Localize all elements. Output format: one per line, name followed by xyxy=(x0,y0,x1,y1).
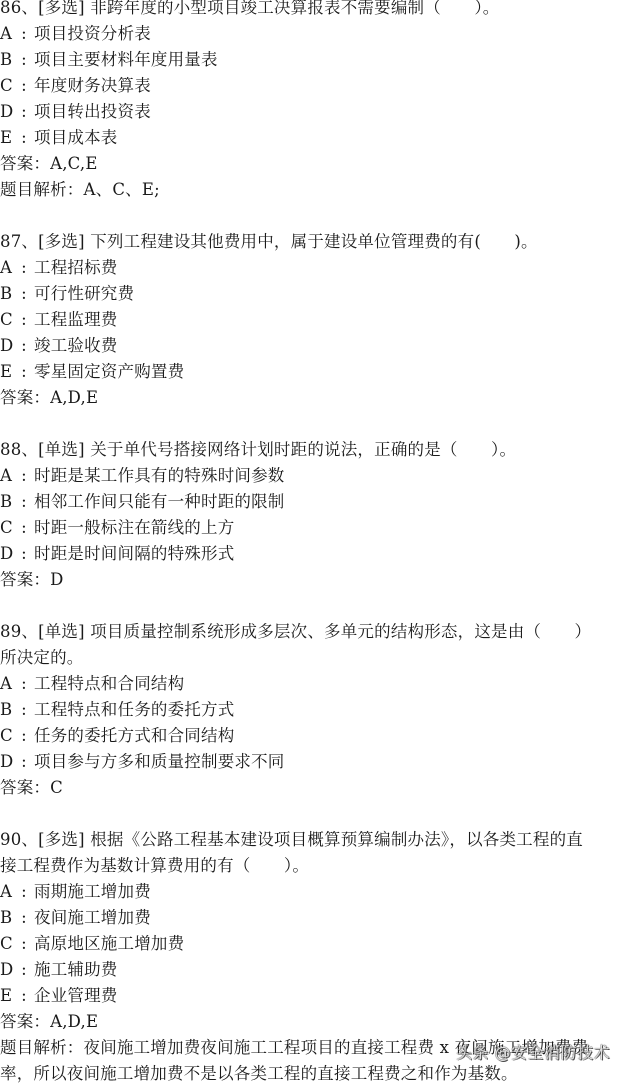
option-letter: B xyxy=(0,281,14,307)
option-item: E:零星固定资产购置费 xyxy=(0,359,618,385)
spacer xyxy=(0,411,618,437)
option-separator: : xyxy=(14,359,34,385)
question-block: 88、[单选] 关于单代号搭接网络计划时距的说法，正确的是（ ）。A:时距是某工… xyxy=(0,437,618,593)
option-text: 工程特点和合同结构 xyxy=(34,674,184,693)
question-title: 接工程费作为基数计算费用的有（ ）。 xyxy=(0,853,618,879)
analysis-line: 题目解析：A、C、E; xyxy=(0,177,618,203)
option-letter: C xyxy=(0,723,14,749)
option-item: C:时距一般标注在箭线的上方 xyxy=(0,515,618,541)
option-item: D:竣工验收费 xyxy=(0,333,618,359)
option-text: 年度财务决算表 xyxy=(34,76,151,95)
option-text: 项目转出投资表 xyxy=(34,102,151,121)
option-item: B:可行性研究费 xyxy=(0,281,618,307)
option-item: C:工程监理费 xyxy=(0,307,618,333)
option-item: B:项目主要材料年度用量表 xyxy=(0,47,618,73)
spacer xyxy=(0,593,618,619)
option-item: E:项目成本表 xyxy=(0,125,618,151)
option-letter: B xyxy=(0,697,14,723)
question-title: 90、[多选] 根据《公路工程基本建设项目概算预算编制办法》，以各类工程的直 xyxy=(0,827,618,853)
option-separator: : xyxy=(14,697,34,723)
option-item: C:年度财务决算表 xyxy=(0,73,618,99)
option-separator: : xyxy=(14,723,34,749)
option-letter: C xyxy=(0,515,14,541)
option-separator: : xyxy=(14,47,34,73)
option-text: 工程监理费 xyxy=(34,310,118,329)
option-separator: : xyxy=(14,541,34,567)
option-separator: : xyxy=(14,255,34,281)
option-item: D:时距是时间间隔的特殊形式 xyxy=(0,541,618,567)
option-text: 工程招标费 xyxy=(34,258,118,277)
question-block: 89、[单选] 项目质量控制系统形成多层次、多单元的结构形态，这是由（ ）所决定… xyxy=(0,619,618,801)
option-letter: D xyxy=(0,541,14,567)
option-letter: E xyxy=(0,983,14,1009)
option-item: B:夜间施工增加费 xyxy=(0,905,618,931)
option-text: 项目参与方多和质量控制要求不同 xyxy=(34,752,285,771)
option-letter: A xyxy=(0,879,14,905)
option-letter: B xyxy=(0,489,14,515)
option-text: 竣工验收费 xyxy=(34,336,118,355)
option-separator: : xyxy=(14,515,34,541)
option-separator: : xyxy=(14,983,34,1009)
watermark: 头条 @安全消防技术 xyxy=(456,1040,610,1063)
option-letter: E xyxy=(0,359,14,385)
option-separator: : xyxy=(14,671,34,697)
option-letter: A xyxy=(0,463,14,489)
option-separator: : xyxy=(14,489,34,515)
option-item: D:项目参与方多和质量控制要求不同 xyxy=(0,749,618,775)
option-letter: D xyxy=(0,749,14,775)
question-block: 86、[多选] 非跨年度的小型项目竣工决算报表不需要编制（ ）。A:项目投资分析… xyxy=(0,0,618,203)
option-text: 任务的委托方式和合同结构 xyxy=(34,726,234,745)
option-separator: : xyxy=(14,879,34,905)
option-separator: : xyxy=(14,931,34,957)
option-text: 项目成本表 xyxy=(34,128,118,147)
option-separator: : xyxy=(14,281,34,307)
option-separator: : xyxy=(14,99,34,125)
option-item: A:项目投资分析表 xyxy=(0,21,618,47)
spacer xyxy=(0,801,618,827)
answer-line: 答案：A,D,E xyxy=(0,1009,618,1035)
option-text: 时距是时间间隔的特殊形式 xyxy=(34,544,234,563)
option-letter: D xyxy=(0,333,14,359)
option-letter: C xyxy=(0,307,14,333)
option-letter: D xyxy=(0,957,14,983)
option-separator: : xyxy=(14,125,34,151)
option-text: 施工辅助费 xyxy=(34,960,118,979)
option-item: C:高原地区施工增加费 xyxy=(0,931,618,957)
option-separator: : xyxy=(14,21,34,47)
question-block: 87、[多选] 下列工程建设其他费用中，属于建设单位管理费的有( )。A:工程招… xyxy=(0,229,618,411)
option-text: 可行性研究费 xyxy=(34,284,134,303)
option-item: D:项目转出投资表 xyxy=(0,99,618,125)
option-letter: A xyxy=(0,21,14,47)
option-item: E:企业管理费 xyxy=(0,983,618,1009)
option-text: 项目投资分析表 xyxy=(34,24,151,43)
option-item: D:施工辅助费 xyxy=(0,957,618,983)
option-letter: A xyxy=(0,255,14,281)
document-body: 86、[多选] 非跨年度的小型项目竣工决算报表不需要编制（ ）。A:项目投资分析… xyxy=(0,0,618,1083)
option-separator: : xyxy=(14,307,34,333)
option-separator: : xyxy=(14,333,34,359)
option-text: 相邻工作间只能有一种时距的限制 xyxy=(34,492,285,511)
option-item: B:相邻工作间只能有一种时距的限制 xyxy=(0,489,618,515)
option-text: 零星固定资产购置费 xyxy=(34,362,184,381)
option-text: 时距是某工作具有的特殊时间参数 xyxy=(34,466,285,485)
answer-line: 答案：A,D,E xyxy=(0,385,618,411)
option-text: 夜间施工增加费 xyxy=(34,908,151,927)
question-title: 86、[多选] 非跨年度的小型项目竣工决算报表不需要编制（ ）。 xyxy=(0,0,618,21)
option-item: A:雨期施工增加费 xyxy=(0,879,618,905)
option-item: A:工程招标费 xyxy=(0,255,618,281)
question-title: 所决定的。 xyxy=(0,645,618,671)
option-separator: : xyxy=(14,73,34,99)
option-text: 项目主要材料年度用量表 xyxy=(34,50,218,69)
option-letter: C xyxy=(0,931,14,957)
option-text: 工程特点和任务的委托方式 xyxy=(34,700,234,719)
option-text: 高原地区施工增加费 xyxy=(34,934,184,953)
option-separator: : xyxy=(14,749,34,775)
option-item: A:工程特点和合同结构 xyxy=(0,671,618,697)
option-separator: : xyxy=(14,905,34,931)
option-item: A:时距是某工作具有的特殊时间参数 xyxy=(0,463,618,489)
answer-line: 答案：A,C,E xyxy=(0,151,618,177)
answer-line: 答案：C xyxy=(0,775,618,801)
option-text: 时距一般标注在箭线的上方 xyxy=(34,518,234,537)
option-letter: C xyxy=(0,73,14,99)
question-title: 89、[单选] 项目质量控制系统形成多层次、多单元的结构形态，这是由（ ） xyxy=(0,619,618,645)
option-text: 企业管理费 xyxy=(34,986,118,1005)
answer-line: 答案：D xyxy=(0,567,618,593)
analysis-line: 率，所以夜间施工增加费不是以各类工程的直接工程费之和作为基数。 xyxy=(0,1061,618,1083)
option-item: B:工程特点和任务的委托方式 xyxy=(0,697,618,723)
option-letter: A xyxy=(0,671,14,697)
option-separator: : xyxy=(14,463,34,489)
option-letter: E xyxy=(0,125,14,151)
option-text: 雨期施工增加费 xyxy=(34,882,151,901)
spacer xyxy=(0,203,618,229)
option-letter: B xyxy=(0,47,14,73)
option-letter: D xyxy=(0,99,14,125)
question-title: 88、[单选] 关于单代号搭接网络计划时距的说法，正确的是（ ）。 xyxy=(0,437,618,463)
option-letter: B xyxy=(0,905,14,931)
option-separator: : xyxy=(14,957,34,983)
question-title: 87、[多选] 下列工程建设其他费用中，属于建设单位管理费的有( )。 xyxy=(0,229,618,255)
option-item: C:任务的委托方式和合同结构 xyxy=(0,723,618,749)
